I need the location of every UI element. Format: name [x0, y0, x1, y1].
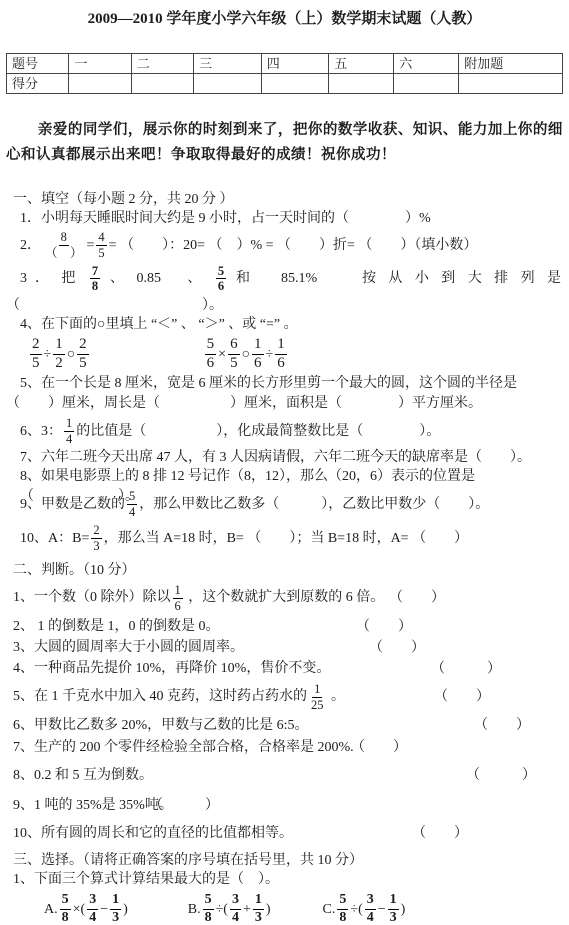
answer-bracket: （ ） [466, 765, 536, 787]
score-cell-5 [329, 74, 394, 94]
judge-statement: 7、生产的 200 个零件经检验全部合格，合格率是 200%. [13, 740, 354, 755]
judge-statement: 8、0.2 和 5 互为倒数。 [13, 768, 153, 783]
score-table-header-row: 题号 一 二 三 四 五 六 附加题 [7, 54, 563, 74]
answer-bracket: （ ） [369, 637, 425, 658]
score-table-col-3: 三 [194, 54, 262, 74]
score-cell-2 [131, 74, 193, 94]
s1-question-4: 4、在下面的○里填上 “＜” 、 “＞” 、或 “=” 。 [6, 315, 563, 334]
fraction: 65 [228, 336, 240, 372]
score-table-col-6: 六 [394, 54, 459, 74]
judge-item-4: 4、一种商品先提价 10%，再降价 10%，售价不变。 （ ） [6, 658, 563, 679]
s1-question-4-expressions: 25 ÷ 12 ○ 25 56 × 65 ○ 16 ÷ 16 [6, 334, 563, 374]
fraction: 54 [127, 489, 137, 519]
judge-item-9: 9、1 吨的 35%是 35%吨。 （ ） [6, 795, 563, 817]
score-table-corner-label: 题号 [7, 54, 69, 74]
fraction: 16 [275, 336, 287, 372]
fraction: 14 [64, 416, 74, 446]
judge-item-2: 2、 1 的倒数是 1，0 的倒数是 0。 （ ） [6, 616, 563, 637]
fraction: 125 [309, 682, 326, 712]
fraction: 25 [77, 336, 89, 372]
score-table: 题号 一 二 三 四 五 六 附加题 得分 [6, 53, 563, 94]
fraction: 34 [365, 892, 376, 925]
judge-statement: 6、甲数比乙数多 20%，甲数与乙数的比是 6:5。 [13, 718, 309, 733]
answer-bracket: （ ） [356, 616, 412, 637]
option-b: B. 58 ÷(34+13) [188, 892, 271, 925]
option-a: A. 58 ×(34−13) [44, 892, 128, 925]
fraction: 58 [60, 892, 71, 925]
s1-question-1: 1．小明每天睡眠时间大约是 9 小时，占一天时间的（ ）% [6, 209, 563, 228]
answer-bracket: （ ） [434, 688, 490, 707]
answer-bracket: （ ） [389, 589, 445, 608]
fraction: 78 [90, 264, 100, 294]
answer-bracket: （ ） [431, 658, 501, 679]
fraction: 56 [216, 264, 226, 294]
judge-item-6: 6、甲数比乙数多 20%，甲数与乙数的比是 6:5。 （ ） [6, 715, 563, 737]
s1-question-2: 2． 8（ ） = 45 = （ ）：20= （ ）% = （ ）折= （ ）（… [6, 228, 563, 262]
intro-text: 亲爱的同学们，展示你的时刻到来了，把你的数学收获、知识、能力加上你的细心和认真都… [6, 118, 563, 168]
fraction: 25 [30, 336, 42, 372]
judge-item-7: 7、生产的 200 个零件经检验全部合格，合格率是 200%. （ ） [6, 737, 563, 759]
fraction: 34 [87, 892, 98, 925]
fraction: 12 [53, 336, 65, 372]
judge-item-1: 1、一个数（0 除外）除以16 ，这个数就扩大到原数的 6 倍。 （ ） [6, 580, 563, 616]
answer-bracket: （ ） [149, 795, 219, 817]
score-row-label: 得分 [7, 74, 69, 94]
s1-question-3-line1: 3 ． 把 78 、 0.85 、 56 和 85.1% 按 从 小 到 大 排… [6, 262, 563, 296]
judge-item-10: 10、所有圆的周长和它的直径的比值都相等。 （ ） [6, 823, 563, 845]
s3-question-1: 1、下面三个算式计算结果最大的是（ ）。 [6, 870, 563, 889]
fraction: 56 [205, 336, 217, 372]
section2-heading: 二、判断。（10 分） [6, 561, 563, 580]
judge-statement: 2、 1 的倒数是 1，0 的倒数是 0。 [13, 619, 220, 634]
answer-bracket: （ ） [474, 715, 530, 737]
section1-heading: 一、填空（每小题 2 分，共 20 分 ） [6, 190, 563, 209]
score-table-col-5: 五 [329, 54, 394, 74]
fraction: 45 [96, 230, 106, 260]
score-cell-1 [69, 74, 131, 94]
q4-right-expression: 56 × 65 ○ 16 ÷ 16 [203, 336, 289, 372]
s1-question-6: 6、3：14 的比值是（ ），化成最简整数比是（ ）。 [6, 414, 563, 448]
score-cell-6 [394, 74, 459, 94]
score-table-col-1: 一 [69, 54, 131, 74]
q4-left-expression: 25 ÷ 12 ○ 25 [28, 336, 91, 372]
judge-statement: 1、一个数（0 除外）除以16 ，这个数就扩大到原数的 6 倍。 [13, 583, 384, 613]
fraction: 23 [91, 523, 101, 553]
score-table-col-extra: 附加题 [459, 54, 563, 74]
judge-statement: 5、在 1 千克水中加入 40 克药，这时药占药水的125 。 [13, 682, 345, 712]
fraction: 34 [230, 892, 241, 925]
answer-bracket: （ ） [412, 823, 468, 845]
fraction: 16 [252, 336, 264, 372]
fraction: 58 [203, 892, 214, 925]
score-cell-4 [261, 74, 329, 94]
score-cell-extra [459, 74, 563, 94]
fraction: 58 [337, 892, 348, 925]
s1-question-5: 5、在一个长是 8 厘米，宽是 6 厘米的长方形里剪一个最大的圆，这个圆的半径是… [6, 374, 563, 414]
fraction: 13 [388, 892, 399, 925]
judge-statement: 4、一种商品先提价 10%，再降价 10%，售价不变。 [13, 661, 330, 676]
score-table-col-2: 二 [131, 54, 193, 74]
judge-statement: 10、所有圆的周长和它的直径的比值都相等。 [13, 826, 293, 841]
option-c: C. 58 ÷(34−13) [323, 892, 406, 925]
judge-item-8: 8、0.2 和 5 互为倒数。 （ ） [6, 765, 563, 787]
fraction: 16 [173, 583, 183, 613]
fraction: 8（ ） [43, 230, 85, 260]
score-table-score-row: 得分 [7, 74, 563, 94]
s1-question-3-line2: （ ）。 [6, 296, 563, 315]
exam-title: 2009—2010 学年度小学六年级（上）数学期末试题（人教） [6, 10, 563, 29]
s1-question-7: 7、六年二班今天出席 47 人，有 3 人因病请假，六年二班今天的缺席率是（ ）… [6, 448, 563, 467]
exam-paper-page: 2009—2010 学年度小学六年级（上）数学期末试题（人教） 题号 一 二 三… [0, 0, 569, 925]
fraction: 13 [253, 892, 264, 925]
s1-question-8: 8、如果电影票上的 8 排 12 号记作（8，12），那么（20，6）表示的位置… [6, 467, 563, 487]
score-cell-3 [194, 74, 262, 94]
judge-item-5: 5、在 1 千克水中加入 40 克药，这时药占药水的125 。 （ ） [6, 679, 563, 715]
judge-statement: 3、大圆的圆周率大于小圆的圆周率。 [13, 640, 244, 655]
s1-question-10: 10、A：B=23 ，那么当 A=18 时，B= （ ）；当 B=18 时，A=… [6, 521, 563, 555]
judge-item-3: 3、大圆的圆周率大于小圆的圆周率。 （ ） [6, 637, 563, 658]
answer-bracket: （ ） [351, 737, 407, 759]
section3-heading: 三、选择。（请将正确答案的序号填在括号里，共 10 分） [6, 851, 563, 870]
s3-options-row: A. 58 ×(34−13) B. 58 ÷(34+13) C. 58 ÷(34… [6, 889, 563, 925]
score-table-col-4: 四 [261, 54, 329, 74]
fraction: 13 [110, 892, 121, 925]
